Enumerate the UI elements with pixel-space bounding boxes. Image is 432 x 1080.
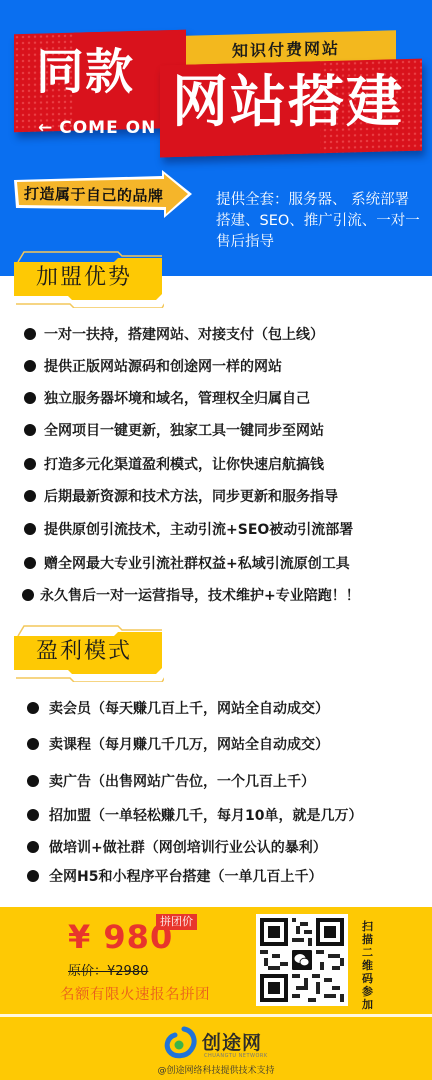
chuangtu-logo-icon <box>164 1026 198 1060</box>
list-item: 赠全网最大专业引流社群权益+私域引流原创工具 <box>0 552 432 576</box>
bullet-icon <box>27 870 39 882</box>
advantages-title: 加盟优势 <box>36 260 132 291</box>
brand-slogan-arrow: 打造属于自己的品牌 <box>12 170 194 218</box>
list-item: 卖会员（每天赚几百上千，网站全自动成交） <box>0 697 432 721</box>
list-item: 全网H5和小程序平台搭建（一单几百上千） <box>0 865 432 889</box>
original-price: 原价：¥2980 <box>62 960 154 979</box>
bullet-icon <box>27 775 39 787</box>
list-item: 独立服务器坏境和域名，管理权全归属自己 <box>0 387 432 411</box>
list-item: 招加盟（一单轻松赚几千，每月10单，就是几万） <box>0 804 432 828</box>
hero-title-right: 网站搭建 <box>172 70 404 136</box>
bullet-icon <box>24 557 36 569</box>
brand-name: 创途网 <box>202 1028 262 1055</box>
left-arrow-icon: ← <box>38 118 53 138</box>
profit-section-badge: 盈利模式 <box>14 622 164 682</box>
list-item: 永久售后一对一运营指导，技术维护+专业陪跑！！ <box>0 584 432 608</box>
hero-title-left: 同款 <box>36 44 134 100</box>
scan-qr-caption: 扫描二维码参加 <box>362 920 376 1011</box>
come-on-text: COME ON <box>59 118 156 138</box>
bullet-icon <box>24 328 36 340</box>
hero-banner: 知识付费网站 同款 ←COME ON 网站搭建 打造属于自己的品牌 提供全套：服… <box>0 0 432 276</box>
wechat-icon <box>290 948 314 972</box>
brand-slogan-text: 打造属于自己的品牌 <box>24 183 164 206</box>
bullet-icon <box>24 392 36 404</box>
tech-support-credit: @创途网络科技提供技术支持 <box>0 1063 432 1076</box>
bullet-icon <box>24 458 36 470</box>
category-tag-text: 知识付费网站 <box>186 35 386 63</box>
brand-subtitle: CHUANGTU NETWORK <box>204 1053 268 1059</box>
list-item: 提供正版网站源码和创途网一样的网站 <box>0 355 432 379</box>
list-item: 后期最新资源和技术方法，同步更新和服务指导 <box>0 485 432 509</box>
come-on-label: ←COME ON <box>38 118 156 138</box>
list-item: 全网项目一键更新，独家工具一键同步至网站 <box>0 419 432 443</box>
bullet-icon <box>27 738 39 750</box>
profit-title: 盈利模式 <box>36 634 132 665</box>
bullet-icon <box>24 360 36 372</box>
list-item: 卖广告（出售网站广告位，一个几百上千） <box>0 770 432 794</box>
advantages-section-badge: 加盟优势 <box>14 248 164 308</box>
bullet-icon <box>24 490 36 502</box>
bullet-icon <box>24 424 36 436</box>
signup-note: 名额有限火速报名拼团 <box>60 983 210 1004</box>
group-price-badge: 拼团价 <box>156 914 197 930</box>
list-item: 做培训+做社群（网创培训行业公认的暴利） <box>0 836 432 860</box>
list-item: 一对一扶持，搭建网站、对接支付（包上线） <box>0 323 432 347</box>
list-item: 提供原创引流技术，主动引流+SEO被动引流部署 <box>0 518 432 542</box>
bullet-icon <box>22 589 34 601</box>
hero-description: 提供全套：服务器、 系统部署搭建、SEO、推广引流、一对一售后指导 <box>216 190 420 253</box>
qr-code[interactable] <box>256 914 348 1006</box>
bullet-icon <box>27 809 39 821</box>
list-item: 卖课程（每月赚几千几万，网站全自动成交） <box>0 733 432 757</box>
bullet-icon <box>27 702 39 714</box>
bullet-icon <box>24 523 36 535</box>
list-item: 打造多元化渠道盈利模式，让你快速启航搞钱 <box>0 453 432 477</box>
bullet-icon <box>27 841 39 853</box>
